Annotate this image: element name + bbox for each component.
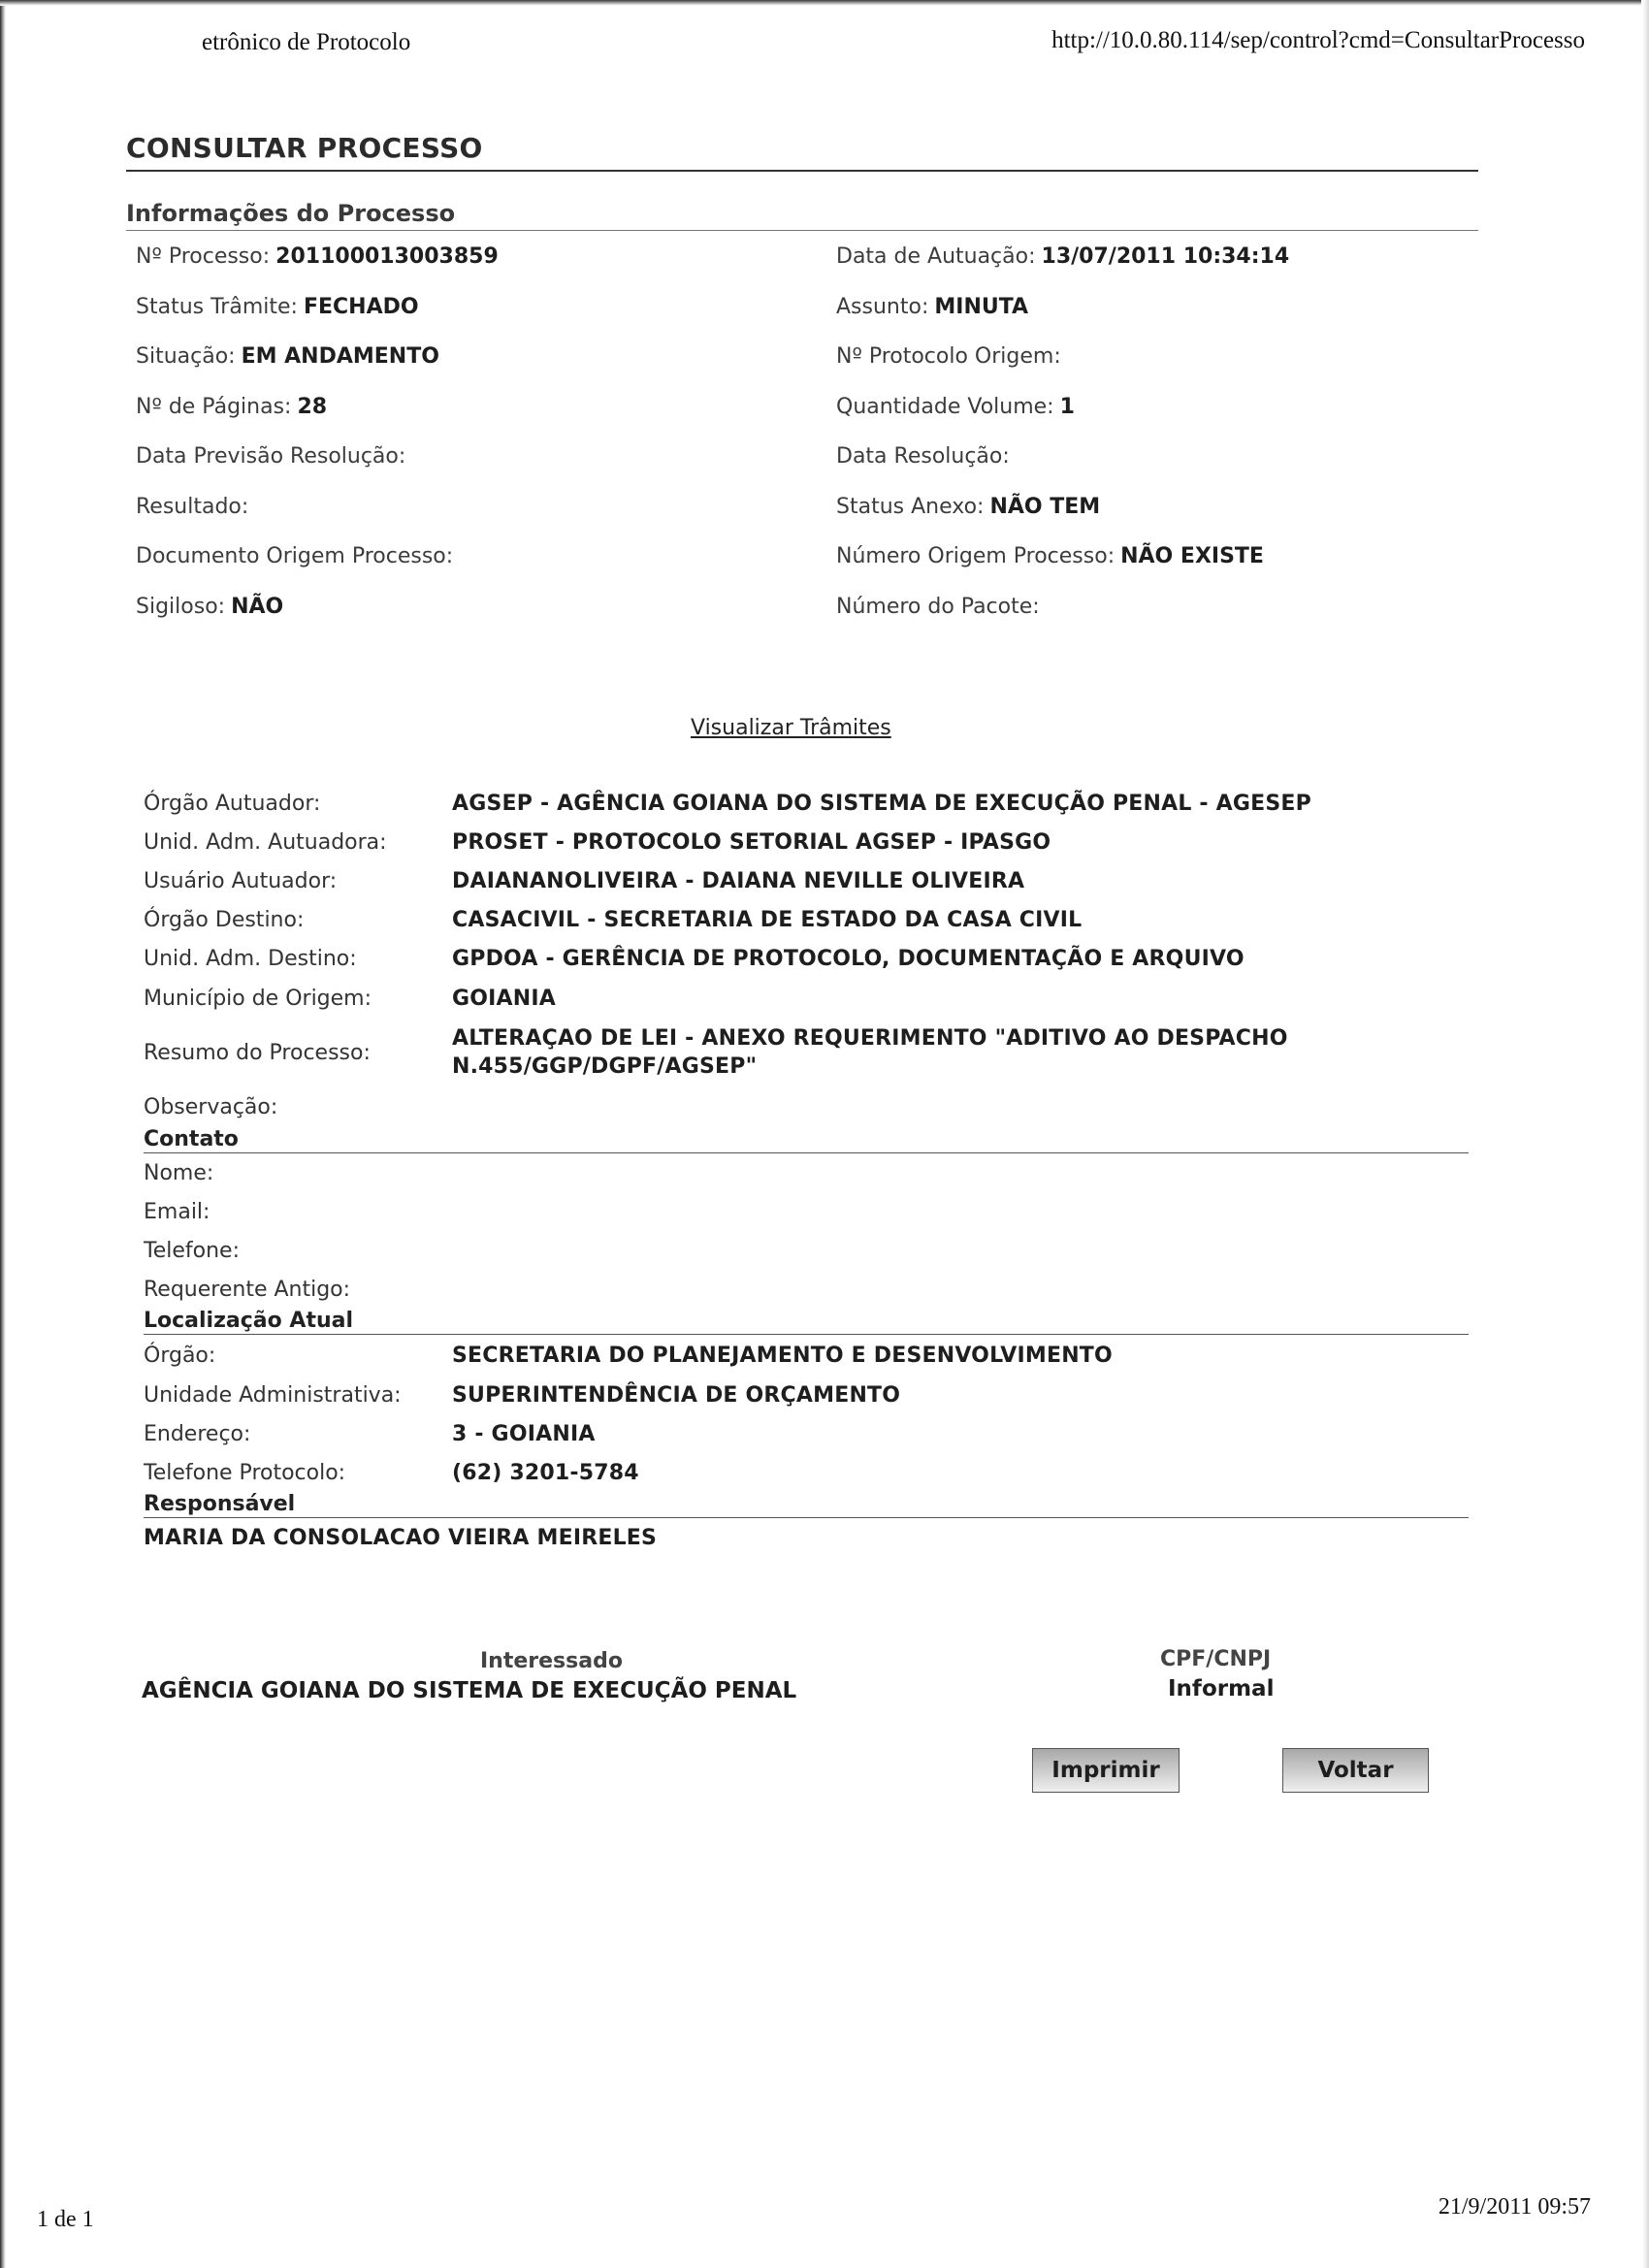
interessado-label: Interessado xyxy=(480,1649,623,1673)
field-value: ALTERAÇAO DE LEI - ANEXO REQUERIMENTO "A… xyxy=(452,1024,1422,1081)
info-row-sigiloso: Sigiloso:NÃO xyxy=(136,595,815,645)
field-value: 201100013003859 xyxy=(275,244,499,269)
field-label: Unid. Adm. Autuadora: xyxy=(144,830,452,855)
info-column-left: Nº Processo:201100013003859 Status Trâmi… xyxy=(136,244,815,644)
field-label: Unid. Adm. Destino: xyxy=(144,947,452,971)
scan-edge-left xyxy=(0,0,6,2268)
info-row-numero-processo: Nº Processo:201100013003859 xyxy=(136,244,815,295)
field-label: Data Resolução: xyxy=(836,444,1010,469)
field-label: Observação: xyxy=(144,1095,452,1119)
field-value: PROSET - PROTOCOLO SETORIAL AGSEP - IPAS… xyxy=(452,828,1051,857)
field-label: Órgão Destino: xyxy=(144,908,452,932)
localizacao-row-orgao: Órgão:SECRETARIA DO PLANEJAMENTO E DESEN… xyxy=(144,1335,1469,1376)
page-title: CONSULTAR PROCESSO xyxy=(126,132,1478,172)
info-row-resultado: Resultado: xyxy=(136,495,815,545)
field-label: Endereço: xyxy=(144,1422,452,1446)
field-label: Email: xyxy=(144,1200,452,1224)
detail-row-unid-autuadora: Unid. Adm. Autuadora:PROSET - PROTOCOLO … xyxy=(144,823,1469,861)
info-row-numero-origem: Número Origem Processo:NÃO EXISTE xyxy=(836,544,1476,595)
field-label: Número Origem Processo: xyxy=(836,544,1115,568)
field-label: Unidade Administrativa: xyxy=(144,1383,452,1408)
field-value: (62) 3201-5784 xyxy=(452,1459,639,1487)
detail-row-observacao: Observação: xyxy=(144,1086,1469,1127)
info-row-quantidade-volume: Quantidade Volume:1 xyxy=(836,395,1476,445)
field-value: 3 - GOIANIA xyxy=(452,1420,596,1448)
field-label: Usuário Autuador: xyxy=(144,869,452,893)
field-value: GPDOA - GERÊNCIA DE PROTOCOLO, DOCUMENTA… xyxy=(452,945,1245,973)
detail-row-orgao-destino: Órgão Destino:CASACIVIL - SECRETARIA DE … xyxy=(144,900,1469,939)
field-label: Quantidade Volume: xyxy=(836,395,1054,419)
field-label: Requerente Antigo: xyxy=(144,1278,452,1302)
field-label: Órgão: xyxy=(144,1344,452,1368)
cpf-cnpj-value: Informal xyxy=(1168,1676,1274,1701)
contato-row-telefone: Telefone: xyxy=(144,1231,1469,1270)
field-label: Status Anexo: xyxy=(836,495,984,519)
contato-row-email: Email: xyxy=(144,1192,1469,1231)
localizacao-row-unidade: Unidade Administrativa:SUPERINTENDÊNCIA … xyxy=(144,1376,1469,1414)
info-row-documento-origem: Documento Origem Processo: xyxy=(136,544,815,595)
detail-row-usuario-autuador: Usuário Autuador:DAIANANOLIVEIRA - DAIAN… xyxy=(144,861,1469,900)
field-label: Nº Processo: xyxy=(136,244,270,269)
field-value: SUPERINTENDÊNCIA DE ORÇAMENTO xyxy=(452,1381,900,1409)
field-label: Município de Origem: xyxy=(144,987,452,1011)
info-row-data-previsao: Data Previsão Resolução: xyxy=(136,444,815,495)
contato-row-requerente-antigo: Requerente Antigo: xyxy=(144,1270,1469,1309)
print-header-url: http://10.0.80.114/sep/control?cmd=Consu… xyxy=(1051,27,1585,54)
field-value: FECHADO xyxy=(304,295,419,319)
info-row-data-autuacao: Data de Autuação:13/07/2011 10:34:14 xyxy=(836,244,1476,295)
field-label: Nº Protocolo Origem: xyxy=(836,344,1061,369)
visualizar-tramites-link[interactable]: Visualizar Trâmites xyxy=(691,716,891,740)
field-value: CASACIVIL - SECRETARIA DE ESTADO DA CASA… xyxy=(452,906,1082,934)
field-value: DAIANANOLIVEIRA - DAIANA NEVILLE OLIVEIR… xyxy=(452,867,1024,895)
info-row-status-tramite: Status Trâmite:FECHADO xyxy=(136,295,815,345)
interessado-value: AGÊNCIA GOIANA DO SISTEMA DE EXECUÇÃO PE… xyxy=(142,1678,796,1703)
field-value: NÃO xyxy=(231,595,283,619)
field-value: 28 xyxy=(297,395,327,419)
field-label: Sigiloso: xyxy=(136,595,225,619)
field-value: SECRETARIA DO PLANEJAMENTO E DESENVOLVIM… xyxy=(452,1342,1113,1370)
field-label: Data de Autuação: xyxy=(836,244,1036,269)
field-label: Status Trâmite: xyxy=(136,295,298,319)
info-row-numero-pacote: Número do Pacote: xyxy=(836,595,1476,645)
field-value: 1 xyxy=(1060,395,1075,419)
field-label: Situação: xyxy=(136,344,236,369)
field-label: Assunto: xyxy=(836,295,928,319)
field-label: Data Previsão Resolução: xyxy=(136,444,405,469)
field-value: GOIANIA xyxy=(452,985,556,1013)
section-title-responsavel: Responsável xyxy=(144,1492,1469,1518)
section-title-info: Informações do Processo xyxy=(126,200,1478,231)
process-details: Órgão Autuador:AGSEP - AGÊNCIA GOIANA DO… xyxy=(144,784,1469,1557)
print-footer-page-number: 1 de 1 xyxy=(37,2207,94,2233)
field-label: Telefone Protocolo: xyxy=(144,1461,452,1485)
cpf-cnpj-label: CPF/CNPJ xyxy=(1160,1647,1271,1671)
field-value: AGSEP - AGÊNCIA GOIANA DO SISTEMA DE EXE… xyxy=(452,790,1311,818)
field-value: NÃO EXISTE xyxy=(1120,544,1264,568)
localizacao-row-telefone-protocolo: Telefone Protocolo:(62) 3201-5784 xyxy=(144,1453,1469,1492)
field-label: Nome: xyxy=(144,1161,452,1185)
localizacao-row-endereco: Endereço:3 - GOIANIA xyxy=(144,1414,1469,1453)
back-button[interactable]: Voltar xyxy=(1282,1748,1429,1793)
contato-row-nome: Nome: xyxy=(144,1153,1469,1192)
print-header-title: etrônico de Protocolo xyxy=(202,29,410,56)
field-value: EM ANDAMENTO xyxy=(242,344,439,369)
field-value: NÃO TEM xyxy=(989,495,1100,519)
detail-row-resumo-processo: Resumo do Processo:ALTERAÇAO DE LEI - AN… xyxy=(144,1019,1469,1086)
print-button[interactable]: Imprimir xyxy=(1032,1748,1180,1793)
section-title-localizacao: Localização Atual xyxy=(144,1309,1469,1335)
info-row-protocolo-origem: Nº Protocolo Origem: xyxy=(836,344,1476,395)
field-label: Resumo do Processo: xyxy=(144,1041,452,1065)
field-value: 13/07/2011 10:34:14 xyxy=(1042,244,1290,269)
responsavel-name: MARIA DA CONSOLACAO VIEIRA MEIRELES xyxy=(144,1524,657,1552)
field-value: MINUTA xyxy=(934,295,1028,319)
print-footer-datetime: 21/9/2011 09:57 xyxy=(1439,2194,1591,2220)
scan-edge-top xyxy=(0,0,1649,6)
info-row-data-resolucao: Data Resolução: xyxy=(836,444,1476,495)
section-title-contato: Contato xyxy=(144,1127,1469,1153)
detail-row-orgao-autuador: Órgão Autuador:AGSEP - AGÊNCIA GOIANA DO… xyxy=(144,784,1469,823)
info-column-right: Data de Autuação:13/07/2011 10:34:14 Ass… xyxy=(836,244,1476,644)
field-label: Resultado: xyxy=(136,495,248,519)
responsavel-row: MARIA DA CONSOLACAO VIEIRA MEIRELES xyxy=(144,1518,1469,1557)
field-label: Nº de Páginas: xyxy=(136,395,291,419)
detail-row-municipio-origem: Município de Origem:GOIANIA xyxy=(144,978,1469,1019)
field-label: Órgão Autuador: xyxy=(144,792,452,816)
info-row-numero-paginas: Nº de Páginas:28 xyxy=(136,395,815,445)
info-row-status-anexo: Status Anexo:NÃO TEM xyxy=(836,495,1476,545)
scan-edge-right xyxy=(1641,0,1649,2268)
field-label: Telefone: xyxy=(144,1239,452,1263)
info-row-assunto: Assunto:MINUTA xyxy=(836,295,1476,345)
field-label: Número do Pacote: xyxy=(836,595,1040,619)
info-row-situacao: Situação:EM ANDAMENTO xyxy=(136,344,815,395)
field-label: Documento Origem Processo: xyxy=(136,544,453,568)
detail-row-unid-destino: Unid. Adm. Destino:GPDOA - GERÊNCIA DE P… xyxy=(144,939,1469,978)
